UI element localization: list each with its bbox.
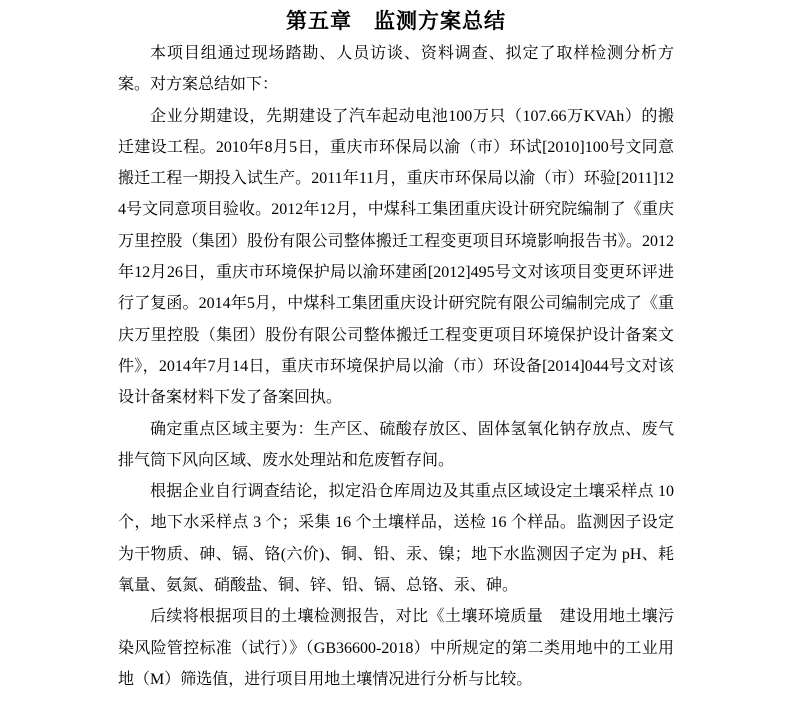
paragraph-key-areas: 确定重点区域主要为：生产区、硫酸存放区、固体氢氧化钠存放点、废气排气筒下风向区域… bbox=[118, 414, 674, 477]
paragraph-project-history: 企业分期建设，先期建设了汽车起动电池100万只（107.66万KVAh）的搬迁建… bbox=[118, 101, 674, 414]
paragraph-sampling-plan: 根据企业自行调查结论，拟定沿仓库周边及其重点区域设定土壤采样点 10 个，地下水… bbox=[118, 476, 674, 601]
document-page: 第五章 监测方案总结 本项目组通过现场踏勘、人员访谈、资料调查、拟定了取样检测分… bbox=[0, 0, 792, 703]
paragraph-intro: 本项目组通过现场踏勘、人员访谈、资料调查、拟定了取样检测分析方案。对方案总结如下… bbox=[118, 38, 674, 101]
paragraph-followup-comparison: 后续将根据项目的土壤检测报告，对比《土壤环境质量 建设用地土壤污染风险管控标准（… bbox=[118, 601, 674, 695]
chapter-title: 第五章 监测方案总结 bbox=[118, 7, 674, 35]
